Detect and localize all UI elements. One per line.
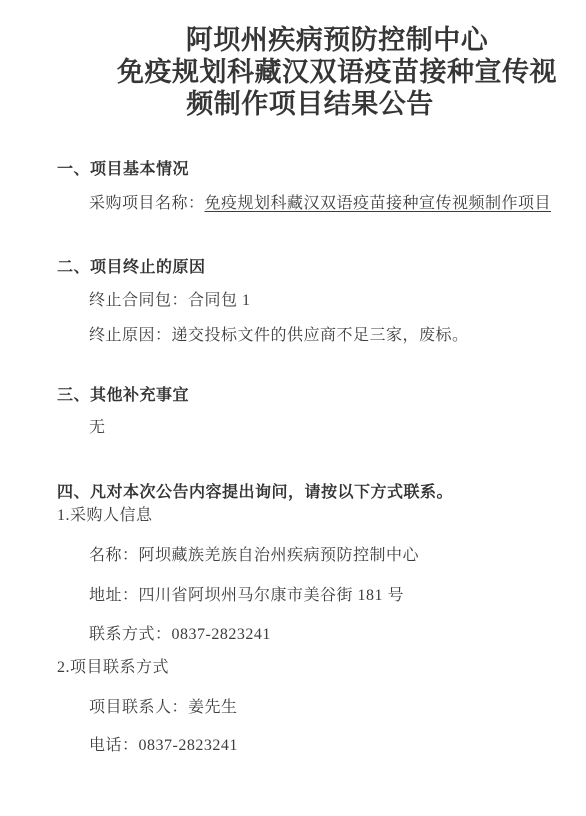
project-name-line: 采购项目名称：免疫规划科藏汉双语疫苗接种宣传视频制作项目: [57, 194, 562, 214]
project-name-label: 采购项目名称：: [89, 195, 205, 212]
document-body: 一、项目基本情况 采购项目名称：免疫规划科藏汉双语疫苗接种宣传视频制作项目 二、…: [0, 160, 586, 756]
title-line-2: 免疫规划科藏汉双语疫苗接种宣传视: [111, 56, 563, 88]
title-line-3: 频制作项目结果公告: [57, 88, 563, 120]
purchaser-address-line: 地址：四川省阿坝州马尔康市美谷街 181 号: [57, 586, 562, 606]
section4-heading: 四、凡对本次公告内容提出询问，请按以下方式联系。: [57, 483, 562, 503]
announcement-document: 阿坝州疾病预防控制中心 免疫规划科藏汉双语疫苗接种宣传视 频制作项目结果公告 一…: [0, 0, 586, 816]
project-contact-person-line: 项目联系人：姜先生: [57, 698, 562, 718]
purchaser-contact-line: 联系方式：0837-2823241: [57, 625, 562, 645]
purchaser-info-subheading: 1.采购人信息: [57, 506, 562, 526]
project-contact-phone-line: 电话：0837-2823241: [57, 736, 562, 756]
section1-heading: 一、项目基本情况: [57, 160, 562, 180]
termination-reason-line: 终止原因：递交投标文件的供应商不足三家，废标。: [57, 326, 562, 346]
document-title: 阿坝州疾病预防控制中心 免疫规划科藏汉双语疫苗接种宣传视 频制作项目结果公告: [57, 0, 563, 120]
purchaser-name-line: 名称：阿坝藏族羌族自治州疾病预防控制中心: [57, 546, 562, 566]
title-line-1: 阿坝州疾病预防控制中心: [111, 24, 563, 56]
project-contact-subheading: 2.项目联系方式: [57, 658, 562, 678]
project-name-value: 免疫规划科藏汉双语疫苗接种宣传视频制作项目: [205, 195, 552, 212]
section3-heading: 三、其他补充事宜: [57, 386, 562, 406]
section2-heading: 二、项目终止的原因: [57, 258, 562, 278]
terminated-package-line: 终止合同包：合同包 1: [57, 291, 562, 311]
section3-content: 无: [57, 418, 562, 438]
